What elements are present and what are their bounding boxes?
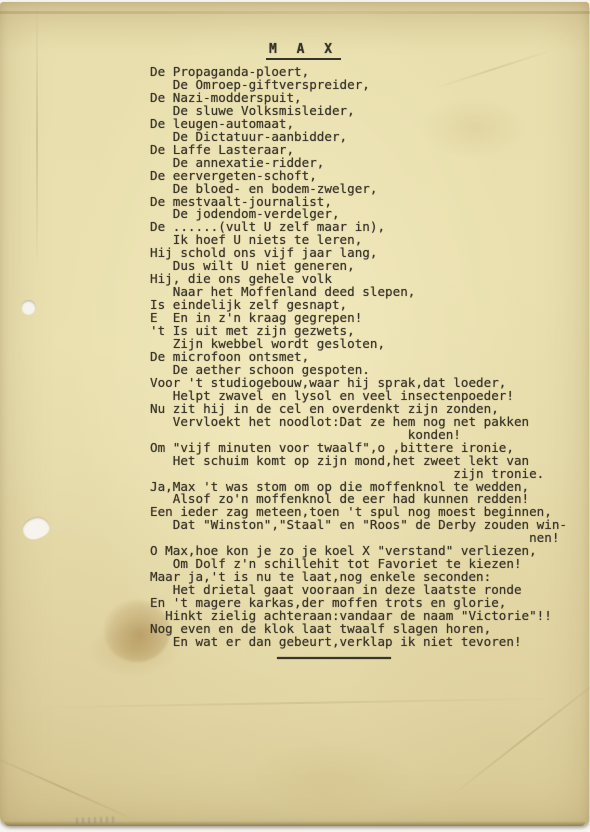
poem-text: De Propaganda-ploert, De Omroep-giftvers… — [150, 66, 567, 649]
page-title: M A X — [266, 42, 341, 60]
crease — [36, 2, 38, 272]
paper-bottom-edge — [4, 821, 585, 826]
scan-backdrop: M A X De Propaganda-ploert, De Omroep-gi… — [0, 0, 590, 832]
punch-hole — [21, 300, 36, 315]
document-page: M A X De Propaganda-ploert, De Omroep-gi… — [0, 2, 589, 826]
crease — [450, 673, 590, 798]
crease — [0, 11, 590, 14]
crease — [40, 697, 560, 708]
stain — [250, 742, 410, 812]
crease — [0, 752, 139, 823]
closing-rule — [277, 657, 391, 659]
punch-hole-torn — [20, 514, 52, 541]
